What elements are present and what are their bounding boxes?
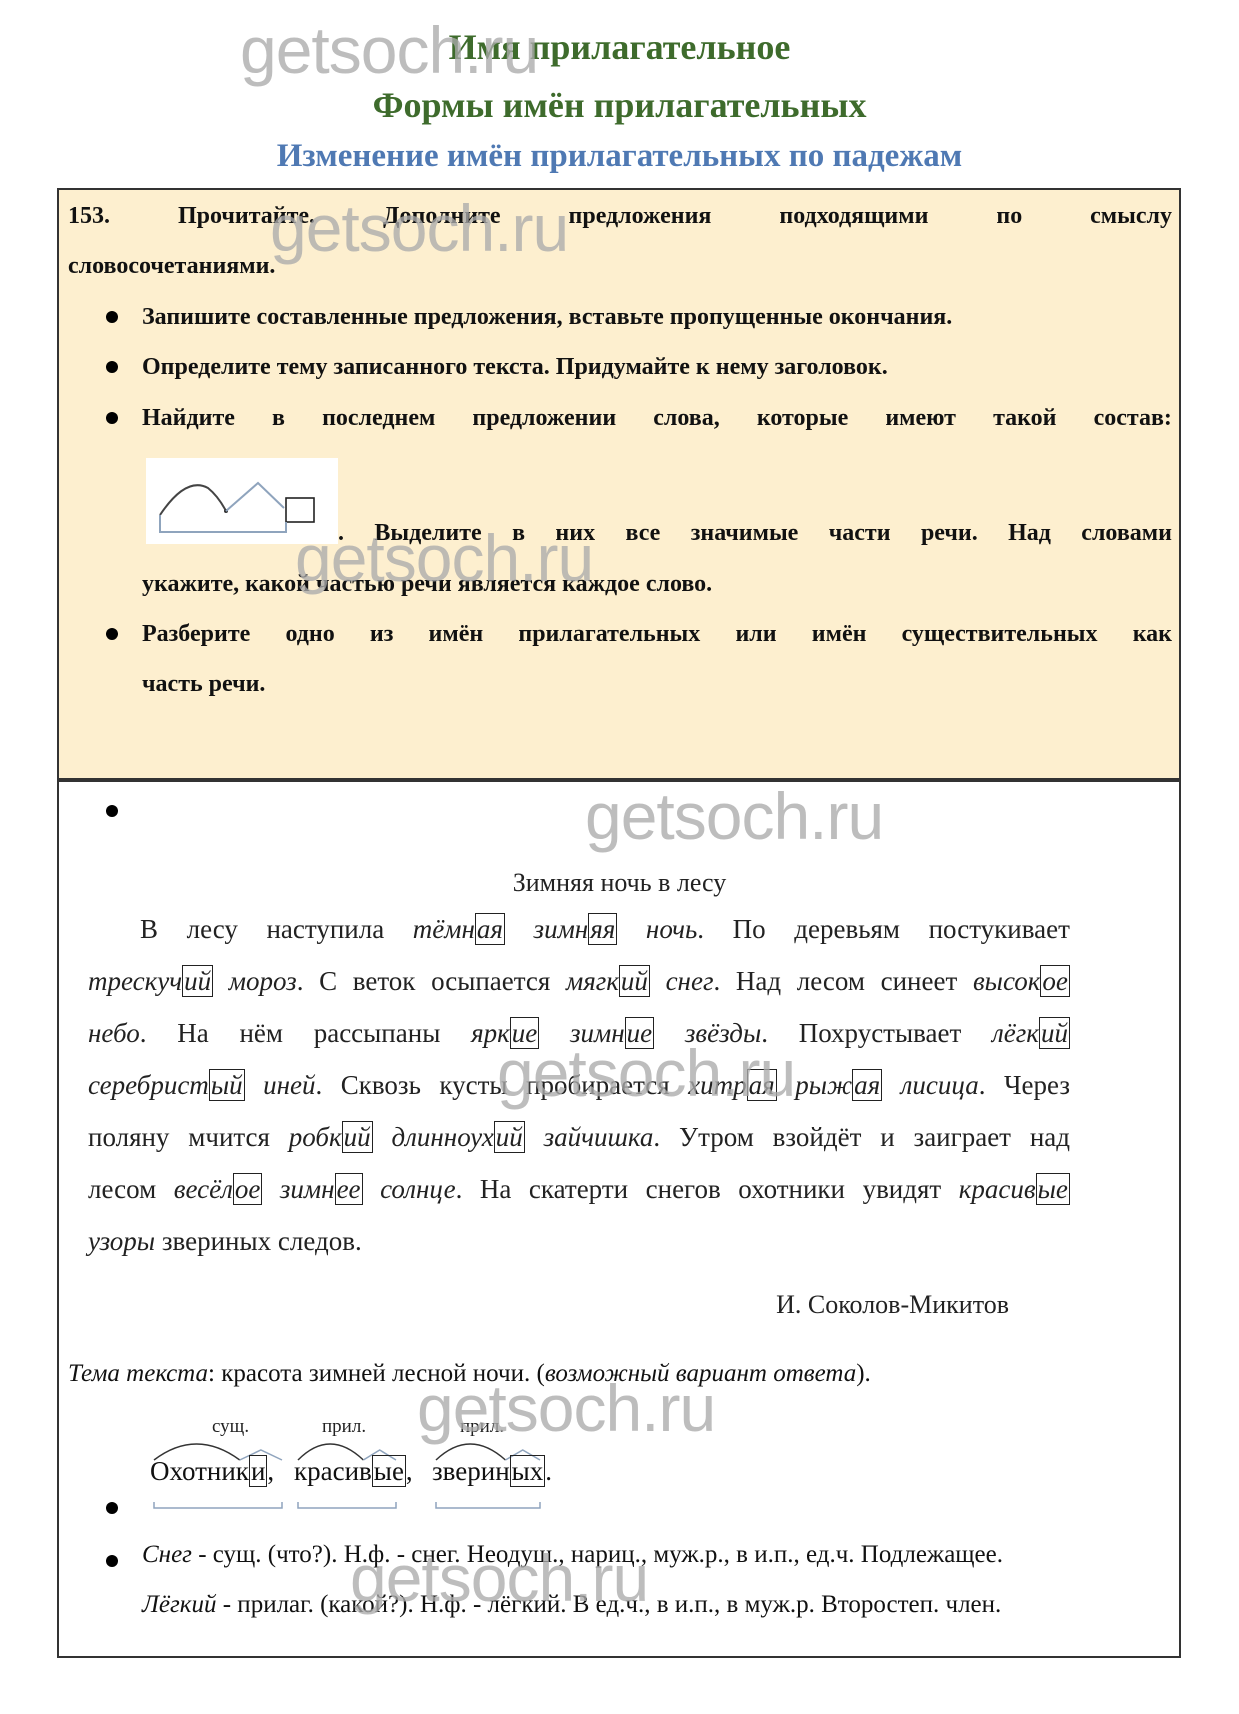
story-word: рассыпаны [314,1018,441,1049]
bullet-icon [106,311,118,323]
story-word: осыпается [431,966,550,997]
story-word: Над [736,966,781,997]
story-word: небо. [88,1018,147,1049]
story-line: лесомвесёлоезимнеесолнце.Наскатертиснего… [88,1174,1070,1205]
story-word: иней. [263,1070,322,1101]
story-word: яркие [471,1018,539,1049]
ending-box: ая [747,1069,777,1101]
story-author: И. Соколов-Микитов [776,1290,1009,1320]
word: имён [812,622,867,646]
story-word: Похрустывает [799,1018,962,1049]
analysis-text: - прилаг. (какой?). Н.ф. - лёгкий. В ед.… [216,1591,1001,1618]
story-word: зимняя [534,914,618,945]
task-intro-line2: словосочетаниями. [68,254,275,278]
word: значимые [691,521,799,545]
ending-box: ое [233,1173,262,1205]
ending-box: ий [1039,1017,1070,1049]
theme-end: ). [856,1360,871,1387]
task-bullet-1: Запишите составленные предложения, встав… [142,305,952,329]
story-word: кусты [439,1070,507,1101]
word: Найдите [142,406,235,430]
word: все [625,521,660,545]
story-word: следов. [278,1226,362,1256]
word: подходящими [779,204,928,228]
story-word: По [733,914,766,945]
story-word: заиграет [914,1122,1011,1153]
task-bullet-2: Определите тему записанного текста. Прид… [142,355,888,379]
story-word: узоры [88,1226,162,1256]
story-word: мороз. [229,966,304,997]
task-intro-line1: 153.Прочитайте.Дополнитепредложенияподхо… [68,204,1172,228]
story-word: деревьям [794,914,900,945]
story-word: синеет [881,966,958,997]
word: в [272,406,285,430]
word: Дополните [383,204,501,228]
word: них [555,521,595,545]
word: по [996,204,1022,228]
theme-label: Тема текста [68,1360,208,1387]
story-line: небо.Нанёмрассыпаныяркиезимниезвёзды.Пох… [88,1018,1070,1049]
ending-box: ий [182,965,213,997]
story-word: Утром [679,1122,754,1153]
story-title: Зимняя ночь в лесу [0,868,1239,898]
word: словами [1081,521,1172,545]
ending-box: ая [852,1069,882,1101]
ending-box: ий [619,965,650,997]
morpheme-analysis: сущ.Охотники,прил.красивые,прил.звериных… [150,1416,630,1516]
story-word: весёлое [174,1174,263,1205]
word: одно [285,622,334,646]
analysis-text: - сущ. (что?). Н.ф. - снег. Неодуш., нар… [192,1541,1003,1568]
story-word: нём [239,1018,283,1049]
story-line: серебристыйиней.Сквозькустыпробираетсяхи… [88,1070,1070,1101]
story-word: хитрая [688,1070,777,1101]
task-bullet-4-line1: Разберитеодноизимёнприлагательныхилиимён… [142,622,1172,646]
word: из [370,622,393,646]
chapter-title: Имя прилагательное [0,26,1239,68]
story-word: лесом [797,966,865,997]
story-word: над [1030,1122,1070,1153]
ending-box: ый [209,1069,245,1101]
story-word: высокое [973,966,1070,997]
story-word: лёгкий [992,1018,1070,1049]
text-theme: Тема текста: красота зимней лесной ночи.… [68,1360,871,1388]
story-word: мягкий [566,966,650,997]
ending-box: ых [510,1455,546,1487]
ending-box: ие [510,1017,539,1049]
word: предложения [569,204,712,228]
word: 153. [68,204,110,228]
ending-box: яя [588,913,617,945]
story-word: робкий [289,1122,373,1153]
story-word: охотники [738,1174,845,1205]
analysis-word: Лёгкий [142,1591,216,1618]
ending-box: ое [1040,965,1069,997]
story-word: Через [1004,1070,1070,1101]
story-word: серебристый [88,1070,245,1101]
task-bullet-4-line2: часть речи. [142,672,265,696]
task-bullet-3-line2: .Выделитевнихвсезначимыечастиречи.Надсло… [338,521,1172,545]
ending-box: ые [372,1455,406,1487]
word: части [829,521,891,545]
story-word: В [140,914,158,945]
story-word: На [177,1018,208,1049]
theme-text: : красота зимней лесной ночи. ( [208,1360,545,1387]
word: Прочитайте. [178,204,315,228]
word: имён [429,622,484,646]
analysis-word: Снег [142,1541,192,1568]
ending-box: ая [475,913,505,945]
story-word: лисица. [901,1070,986,1101]
word: или [735,622,776,646]
story-word: рыжая [795,1070,882,1101]
story-word: веток [353,966,416,997]
word: такой [993,406,1056,430]
section-title: Формы имён прилагательных [0,84,1239,126]
story-word: тёмная [413,914,505,945]
story-line: Влесунаступилатёмнаязимняяночь.Подеревья… [140,914,1070,945]
word: существительных [902,622,1098,646]
analyzed-word: Охотники, [150,1456,274,1487]
story-word: звёзды. [685,1018,768,1049]
word: предложении [472,406,616,430]
answer-box [57,780,1181,1658]
story-word: снегов [646,1174,721,1205]
analyzed-word: звериных. [432,1456,552,1487]
story-word: поляну [88,1122,169,1153]
story-word: трескучий [88,966,213,997]
bullet-icon [106,1502,118,1514]
story-word: длинноухий [391,1122,524,1153]
word: в [512,521,525,545]
story-word: и [880,1122,894,1153]
ending-box: ий [342,1121,373,1153]
bullet-icon [106,628,118,640]
task-bullet-3-line3: укажите, какой частью речи является кажд… [142,572,712,596]
story-word: звериных [162,1226,278,1256]
word: как [1133,622,1172,646]
story-word: мчится [188,1122,270,1153]
story-word: лесом [88,1174,156,1205]
word: Выделите [374,521,481,545]
analysis-noun: Снег - сущ. (что?). Н.ф. - снег. Неодуш.… [142,1541,1003,1569]
bullet-icon [106,361,118,373]
analysis-adjective: Лёгкий - прилаг. (какой?). Н.ф. - лёгкий… [142,1591,1001,1619]
ending-box: ые [1036,1173,1070,1205]
word: прилагательных [518,622,700,646]
story-line: трескучиймороз.Светокосыпаетсямягкийснег… [88,966,1070,997]
story-word: зимнее [280,1174,363,1205]
story-word: На [480,1174,511,1205]
word: имеют [885,406,956,430]
story-word: наступила [266,914,384,945]
story-word: ночь. [646,914,704,945]
story-word: взойдёт [773,1122,862,1153]
word: слова, [653,406,719,430]
topic-title: Изменение имён прилагательных по падежам [0,138,1239,175]
story-word: увидят [863,1174,942,1205]
word: . [338,521,344,545]
word: последнем [322,406,435,430]
task-bullet-3-line1: Найдитевпоследнемпредложениислова,которы… [142,406,1172,430]
story-word: солнце. [380,1174,462,1205]
word-structure-scheme-icon [146,458,338,544]
story-word: зимние [570,1018,654,1049]
word: речи. [921,521,978,545]
story-word: Сквозь [341,1070,421,1101]
story-word: пробирается [526,1070,670,1101]
story-line: узоры звериных следов. [88,1226,1070,1257]
word: Над [1008,521,1051,545]
story-line: полянумчитсяробкийдлинноухийзайчишка.Утр… [88,1122,1070,1153]
ending-box: ее [335,1173,363,1205]
ending-box: ие [625,1017,654,1049]
story-word: постукивает [929,914,1070,945]
story-word: красивые [959,1174,1070,1205]
story-word: зайчишка. [544,1122,661,1153]
bullet-icon [106,412,118,424]
analyzed-word: красивые, [294,1456,413,1487]
theme-note: возможный вариант ответа [545,1360,856,1387]
bullet-icon [106,1555,118,1567]
story-word: С [319,966,337,997]
ending-box: и [249,1455,267,1487]
bullet-icon [106,805,118,817]
story-word: лесу [187,914,238,945]
word: Разберите [142,622,250,646]
ending-box: ий [494,1121,525,1153]
word: смыслу [1090,204,1172,228]
word: которые [757,406,848,430]
word: состав: [1094,406,1172,430]
story-word: скатерти [529,1174,628,1205]
story-word: снег. [666,966,721,997]
